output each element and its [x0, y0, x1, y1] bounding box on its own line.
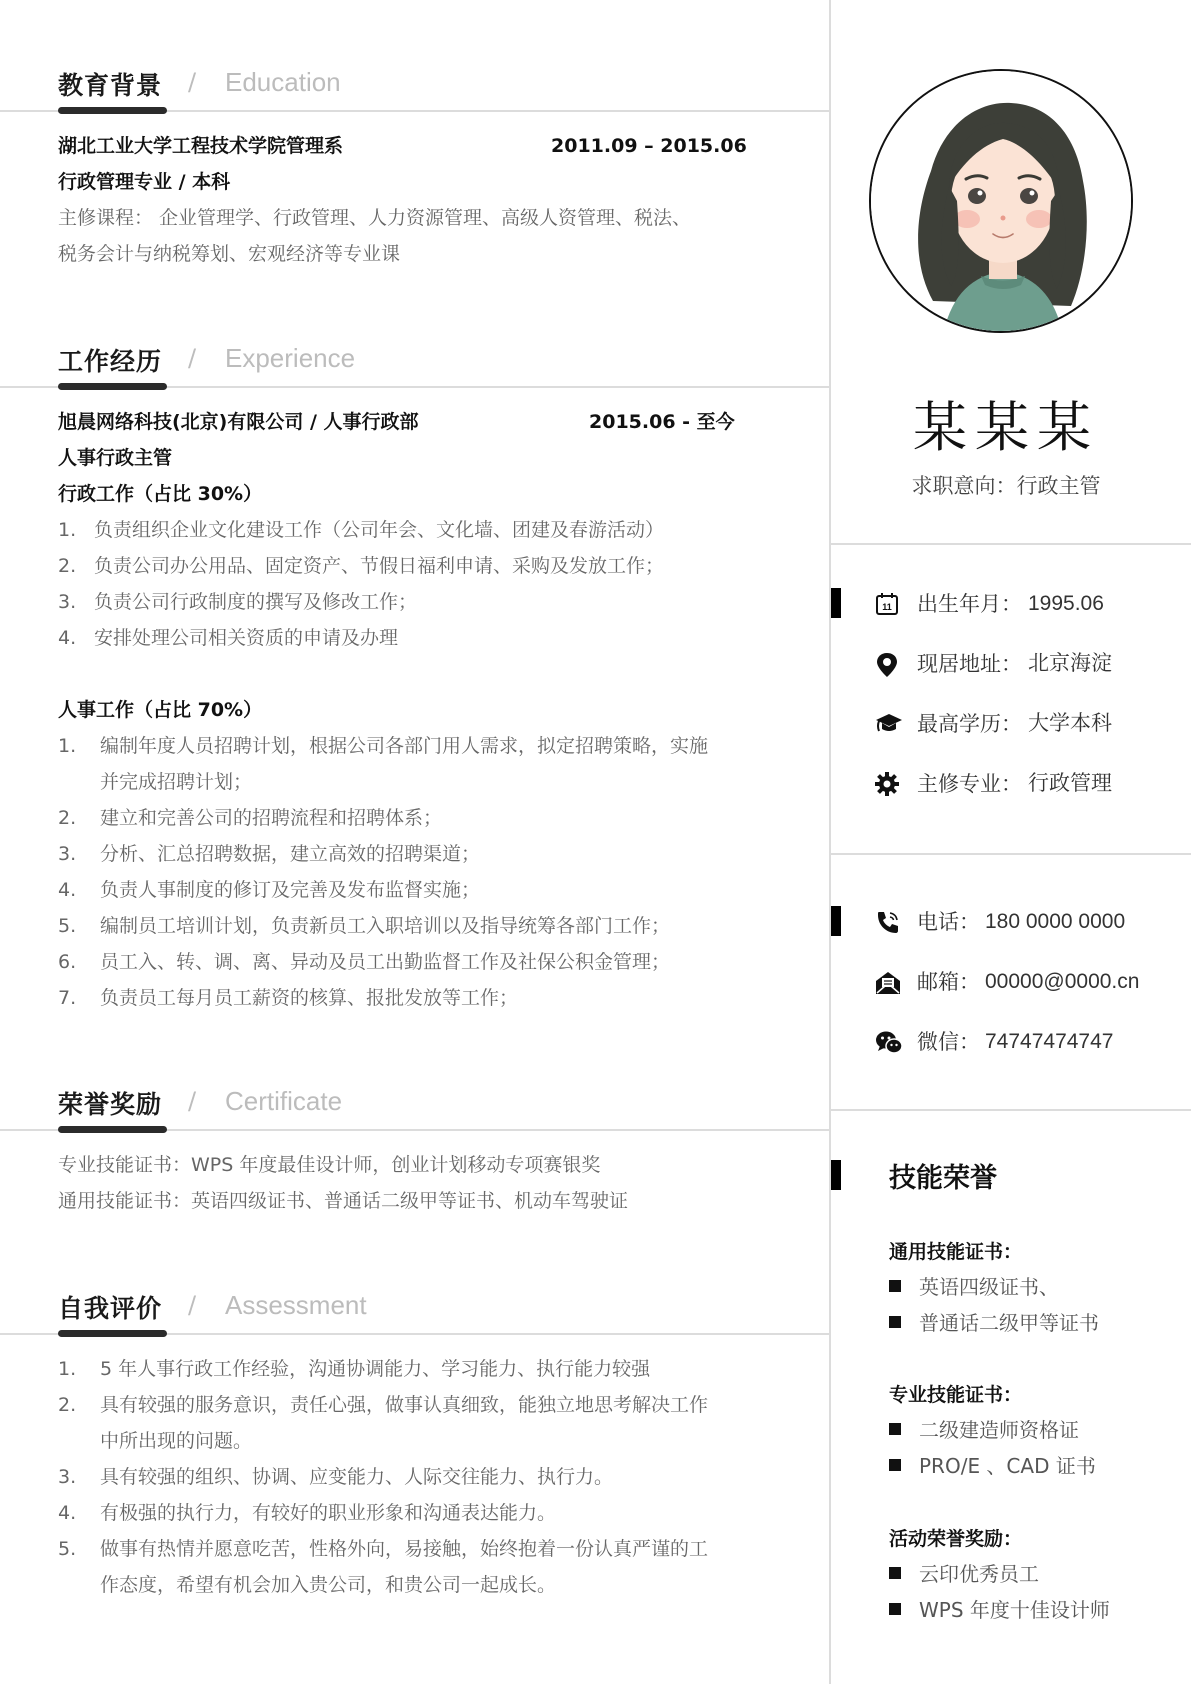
skill-text: PRO/E 、CAD 证书: [919, 1454, 1096, 1478]
skill-text: 英语四级证书、: [919, 1275, 1059, 1299]
item-number: 2.: [58, 1387, 76, 1423]
bullet-square-icon: [889, 1280, 901, 1292]
contact-value[interactable]: 00000@0000.cn: [985, 966, 1139, 998]
contact-label: 微信：: [917, 1026, 980, 1058]
info-label: 主修专业：: [917, 768, 1022, 800]
bullet-square-icon: [889, 1567, 901, 1579]
bullet-square-icon: [889, 1459, 901, 1471]
section-title-en: Education: [225, 67, 341, 98]
job-intent: 求职意向：行政主管: [831, 470, 1181, 500]
title-separator: /: [188, 1291, 196, 1319]
section-title: 荣誉奖励: [58, 1085, 162, 1121]
item-number: 5.: [58, 1531, 76, 1567]
item-number: 6.: [58, 944, 76, 980]
education-section: 教育背景 / Education: [0, 66, 829, 118]
avatar: [869, 69, 1133, 333]
item-number: 2.: [58, 548, 76, 584]
sidebar: 某某某 求职意向：行政主管 11 出生年月： 1995.06 现居地址： 北京海…: [831, 0, 1191, 1684]
wechat-icon: [875, 1030, 901, 1054]
contact-value[interactable]: 74747474747: [985, 1026, 1113, 1058]
item-text: 安排处理公司相关资质的申请及办理: [94, 627, 398, 649]
avatar-illustration-icon: [871, 71, 1133, 333]
list-item: 2.建立和完善公司的招聘流程和招聘体系；: [58, 800, 778, 836]
section-title-en: Experience: [225, 343, 355, 374]
section-underline-bar: [58, 1330, 167, 1337]
contact-value[interactable]: 180 0000 0000: [985, 906, 1125, 938]
certificate-line1: 专业技能证书：WPS 年度最佳设计师，创业计划移动专项赛银奖: [58, 1147, 600, 1183]
education-school: 湖北工业大学工程技术学院管理系: [58, 128, 343, 164]
title-separator: /: [188, 344, 196, 372]
item-text: 建立和完善公司的招聘流程和招聘体系；: [100, 807, 442, 829]
skill-item: 普通话二级甲等证书: [889, 1307, 1099, 1336]
skill-item: 二级建造师资格证: [889, 1414, 1079, 1443]
item-text: 负责员工每月员工薪资的核算、报批发放等工作；: [100, 987, 518, 1009]
skill-item: WPS 年度十佳设计师: [889, 1594, 1110, 1623]
section-underline-bar: [58, 1126, 167, 1133]
experience-section: 工作经历 / Experience: [0, 342, 829, 394]
main-column: 教育背景 / Education 湖北工业大学工程技术学院管理系 2011.09…: [0, 0, 829, 1684]
experience-date: 2015.06 - 至今: [589, 404, 735, 440]
skill-text: 云印优秀员工: [919, 1562, 1039, 1586]
skill-text: 普通话二级甲等证书: [919, 1311, 1099, 1335]
skill-group-title: 通用技能证书：: [889, 1237, 1022, 1264]
item-number: 3.: [58, 1459, 76, 1495]
section-marker: [831, 588, 841, 618]
bullet-square-icon: [889, 1603, 901, 1615]
assessment-list: 1.5 年人事行政工作经验，沟通协调能力、学习能力、执行能力较强 2.具有较强的…: [58, 1351, 778, 1603]
info-value: 行政管理: [1028, 768, 1112, 800]
section-title: 自我评价: [58, 1289, 162, 1325]
admin-work-title: 行政工作（占比 30%）: [58, 476, 262, 512]
item-text-cont: 中所出现的问题。: [100, 1430, 252, 1452]
list-item: 1.5 年人事行政工作经验，沟通协调能力、学习能力、执行能力较强: [58, 1351, 778, 1387]
sidebar-divider: [831, 543, 1191, 545]
item-number: 5.: [58, 908, 76, 944]
section-title-en: Assessment: [225, 1290, 367, 1321]
info-label: 最高学历：: [917, 708, 1022, 740]
item-number: 1.: [58, 512, 76, 548]
section-title: 教育背景: [58, 66, 162, 102]
education-courses-line1: 主修课程： 企业管理学、行政管理、人力资源管理、高级人资管理、税法、: [58, 200, 691, 236]
list-item: 3.负责公司行政制度的撰写及修改工作；: [58, 584, 778, 620]
education-major: 行政管理专业 / 本科: [58, 164, 230, 200]
list-item: 5.做事有热情并愿意吃苦，性格外向，易接触，始终抱着一份认真严谨的工作态度，希望…: [58, 1531, 778, 1603]
item-text: 编制员工培训计划，负责新员工入职培训以及指导统筹各部门工作；: [100, 915, 670, 937]
item-text: 负责人事制度的修订及完善及发布监督实施；: [100, 879, 480, 901]
education-date: 2011.09 – 2015.06: [551, 128, 747, 164]
item-number: 4.: [58, 620, 76, 656]
item-text: 负责组织企业文化建设工作（公司年会、文化墙、团建及春游活动）: [94, 519, 664, 541]
item-text: 有极强的执行力，有较好的职业形象和沟通表达能力。: [100, 1502, 556, 1524]
item-number: 4.: [58, 1495, 76, 1531]
experience-position: 人事行政主管: [58, 440, 172, 476]
title-separator: /: [188, 1087, 196, 1115]
item-text: 编制年度人员招聘计划，根据公司各部门用人需求，拟定招聘策略，实施: [100, 735, 708, 757]
list-item: 2.具有较强的服务意识，责任心强，做事认真细致，能独立地思考解决工作中所出现的问…: [58, 1387, 778, 1459]
section-title-en: Certificate: [225, 1086, 342, 1117]
item-text: 分析、汇总招聘数据，建立高效的招聘渠道；: [100, 843, 480, 865]
skills-title: 技能荣誉: [889, 1156, 997, 1195]
item-text-cont: 并完成招聘计划；: [100, 771, 252, 793]
sidebar-divider: [831, 853, 1191, 855]
education-courses-line2: 税务会计与纳税筹划、宏观经济等专业课: [58, 236, 400, 272]
skill-item: 云印优秀员工: [889, 1558, 1039, 1587]
item-text: 具有较强的组织、协调、应变能力、人际交往能力、执行力。: [100, 1466, 613, 1488]
calendar-icon: 11: [875, 592, 901, 616]
item-text: 负责公司办公用品、固定资产、节假日福利申请、采购及发放工作；: [94, 555, 664, 577]
skill-item: 英语四级证书、: [889, 1271, 1059, 1300]
info-value: 大学本科: [1028, 708, 1112, 740]
item-number: 3.: [58, 584, 76, 620]
section-marker: [831, 1160, 841, 1190]
certificate-section: 荣誉奖励 / Certificate: [0, 1085, 829, 1137]
admin-work-list: 1.负责组织企业文化建设工作（公司年会、文化墙、团建及春游活动） 2.负责公司办…: [58, 512, 778, 656]
item-number: 4.: [58, 872, 76, 908]
list-item: 4.有极强的执行力，有较好的职业形象和沟通表达能力。: [58, 1495, 778, 1531]
sidebar-divider: [831, 1109, 1191, 1111]
education-header: 教育背景 / Education: [0, 66, 829, 118]
assessment-section: 自我评价 / Assessment: [0, 1289, 829, 1341]
item-text: 做事有热情并愿意吃苦，性格外向，易接触，始终抱着一份认真严谨的工: [100, 1538, 708, 1560]
list-item: 3.分析、汇总招聘数据，建立高效的招聘渠道；: [58, 836, 778, 872]
info-label: 出生年月：: [917, 588, 1022, 620]
envelope-icon: [875, 970, 901, 994]
section-underline-bar: [58, 383, 167, 390]
item-number: 1.: [58, 1351, 76, 1387]
title-separator: /: [188, 68, 196, 96]
skill-group-title: 专业技能证书：: [889, 1380, 1022, 1407]
list-item: 3.具有较强的组织、协调、应变能力、人际交往能力、执行力。: [58, 1459, 778, 1495]
item-text: 员工入、转、调、离、异动及员工出勤监督工作及社保公积金管理；: [100, 951, 670, 973]
list-item: 4.负责人事制度的修订及完善及发布监督实施；: [58, 872, 778, 908]
phone-icon: [875, 910, 901, 934]
experience-header: 工作经历 / Experience: [0, 342, 829, 394]
list-item: 7.负责员工每月员工薪资的核算、报批发放等工作；: [58, 980, 778, 1016]
certificate-line2: 通用技能证书：英语四级证书、普通话二级甲等证书、机动车驾驶证: [58, 1183, 628, 1219]
svg-text:11: 11: [882, 602, 892, 612]
bullet-square-icon: [889, 1316, 901, 1328]
item-number: 1.: [58, 728, 76, 764]
contact-label: 邮箱：: [917, 966, 980, 998]
item-text-cont: 作态度，希望有机会加入贵公司，和贵公司一起成长。: [100, 1574, 556, 1596]
resume-page: 教育背景 / Education 湖北工业大学工程技术学院管理系 2011.09…: [0, 0, 1191, 1684]
skill-group-title: 活动荣誉奖励：: [889, 1524, 1022, 1551]
section-marker: [831, 906, 841, 936]
skill-item: PRO/E 、CAD 证书: [889, 1450, 1096, 1479]
skill-text: WPS 年度十佳设计师: [919, 1598, 1110, 1622]
hr-work-list: 1.编制年度人员招聘计划，根据公司各部门用人需求，拟定招聘策略，实施并完成招聘计…: [58, 728, 778, 1016]
experience-company: 旭晨网络科技(北京)有限公司 / 人事行政部: [58, 404, 419, 440]
graduation-cap-icon: [875, 712, 901, 736]
hr-work-title: 人事工作（占比 70%）: [58, 692, 262, 728]
item-number: 3.: [58, 836, 76, 872]
item-text: 负责公司行政制度的撰写及修改工作；: [94, 591, 417, 613]
info-value: 1995.06: [1028, 588, 1104, 620]
info-value: 北京海淀: [1028, 648, 1112, 680]
list-item: 6.员工入、转、调、离、异动及员工出勤监督工作及社保公积金管理；: [58, 944, 778, 980]
list-item: 1.编制年度人员招聘计划，根据公司各部门用人需求，拟定招聘策略，实施并完成招聘计…: [58, 728, 778, 800]
item-number: 7.: [58, 980, 76, 1016]
location-pin-icon: [875, 652, 901, 676]
contact-label: 电话：: [917, 906, 980, 938]
section-underline-bar: [58, 107, 167, 114]
item-text: 具有较强的服务意识，责任心强，做事认真细致，能独立地思考解决工作: [100, 1394, 708, 1416]
assessment-header: 自我评价 / Assessment: [0, 1289, 829, 1341]
certificate-header: 荣誉奖励 / Certificate: [0, 1085, 829, 1137]
list-item: 1.负责组织企业文化建设工作（公司年会、文化墙、团建及春游活动）: [58, 512, 778, 548]
person-name: 某某某: [831, 385, 1181, 462]
skill-text: 二级建造师资格证: [919, 1418, 1079, 1442]
list-item: 4.安排处理公司相关资质的申请及办理: [58, 620, 778, 656]
info-label: 现居地址：: [917, 648, 1022, 680]
item-text: 5 年人事行政工作经验，沟通协调能力、学习能力、执行能力较强: [100, 1358, 650, 1380]
gear-icon: [875, 772, 901, 796]
item-number: 2.: [58, 800, 76, 836]
list-item: 2.负责公司办公用品、固定资产、节假日福利申请、采购及发放工作；: [58, 548, 778, 584]
bullet-square-icon: [889, 1423, 901, 1435]
list-item: 5.编制员工培训计划，负责新员工入职培训以及指导统筹各部门工作；: [58, 908, 778, 944]
section-title: 工作经历: [58, 342, 162, 378]
